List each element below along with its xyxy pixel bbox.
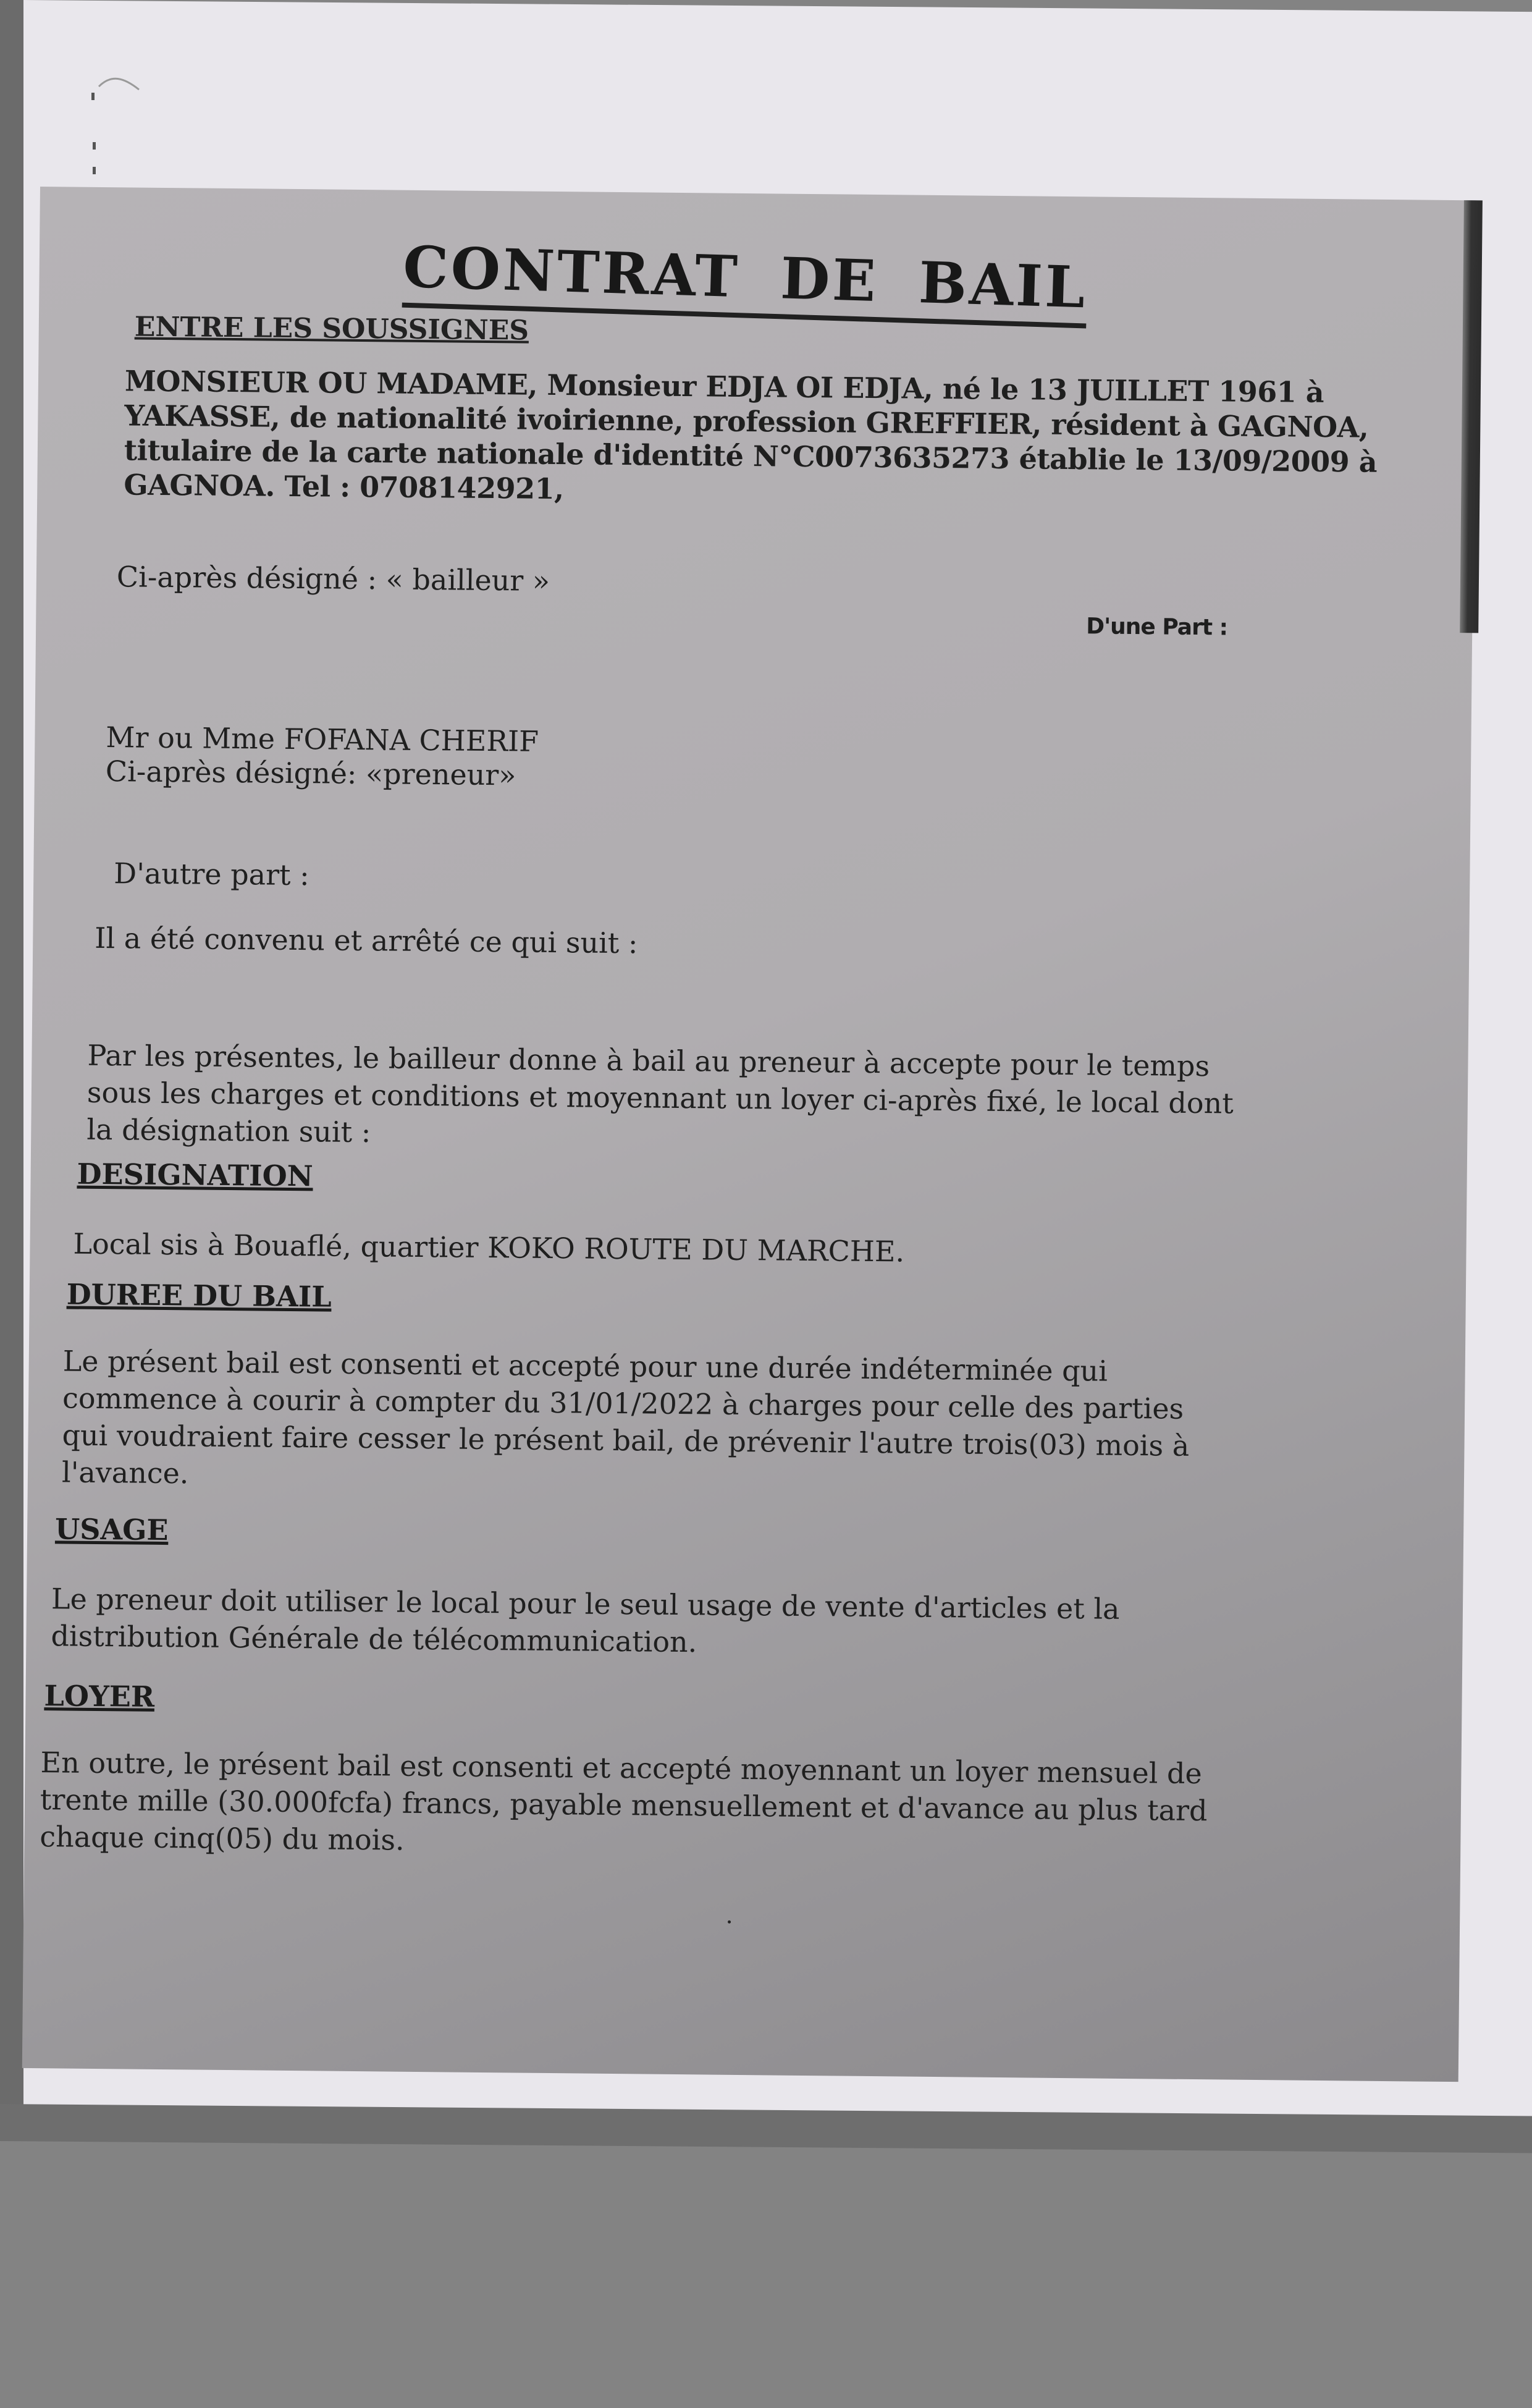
loyer-text: En outre, le présent bail est consenti e… [40, 1744, 1449, 1869]
bailleur-identity: MONSIEUR OU MADAME, Monsieur EDJA OI EDJ… [124, 363, 1348, 513]
section-heading-loyer: LOYER [44, 1679, 154, 1713]
scanner-edge [0, 0, 23, 2138]
contract-content: CONTRAT DE BAIL ENTRE LES SOUSSIGNES MON… [22, 187, 1476, 2082]
designation-text: Local sis à Bouaflé, quartier KOKO ROUTE… [73, 1225, 904, 1270]
section-heading-usage: USAGE [55, 1512, 169, 1547]
section-heading-duree: DUREE DU BAIL [67, 1277, 332, 1313]
bailleur-designation: Ci-après désigné : « bailleur » [117, 558, 550, 599]
preamble: Par les présentes, le bailleur donne à b… [86, 1037, 1447, 1161]
scan-speck [728, 1920, 731, 1924]
agreement-intro: Il a été convenu et arrêté ce qui suit : [95, 919, 638, 961]
staple-mark-icon [86, 62, 142, 198]
section-heading-designation: DESIGNATION [77, 1157, 313, 1193]
dune-part-label: D'une Part : [1086, 614, 1227, 640]
duree-text: Le présent bail est consenti et accepté … [62, 1342, 1453, 1504]
usage-text: Le preneur doit utiliser le local pour l… [51, 1580, 1441, 1668]
preneur-designation: Ci-après désigné: «preneur» [106, 753, 516, 793]
printed-page: CONTRAT DE BAIL ENTRE LES SOUSSIGNES MON… [22, 187, 1476, 2082]
dautre-part-label: D'autre part : [114, 855, 309, 893]
parties-heading: ENTRE LES SOUSSIGNES [135, 311, 529, 346]
